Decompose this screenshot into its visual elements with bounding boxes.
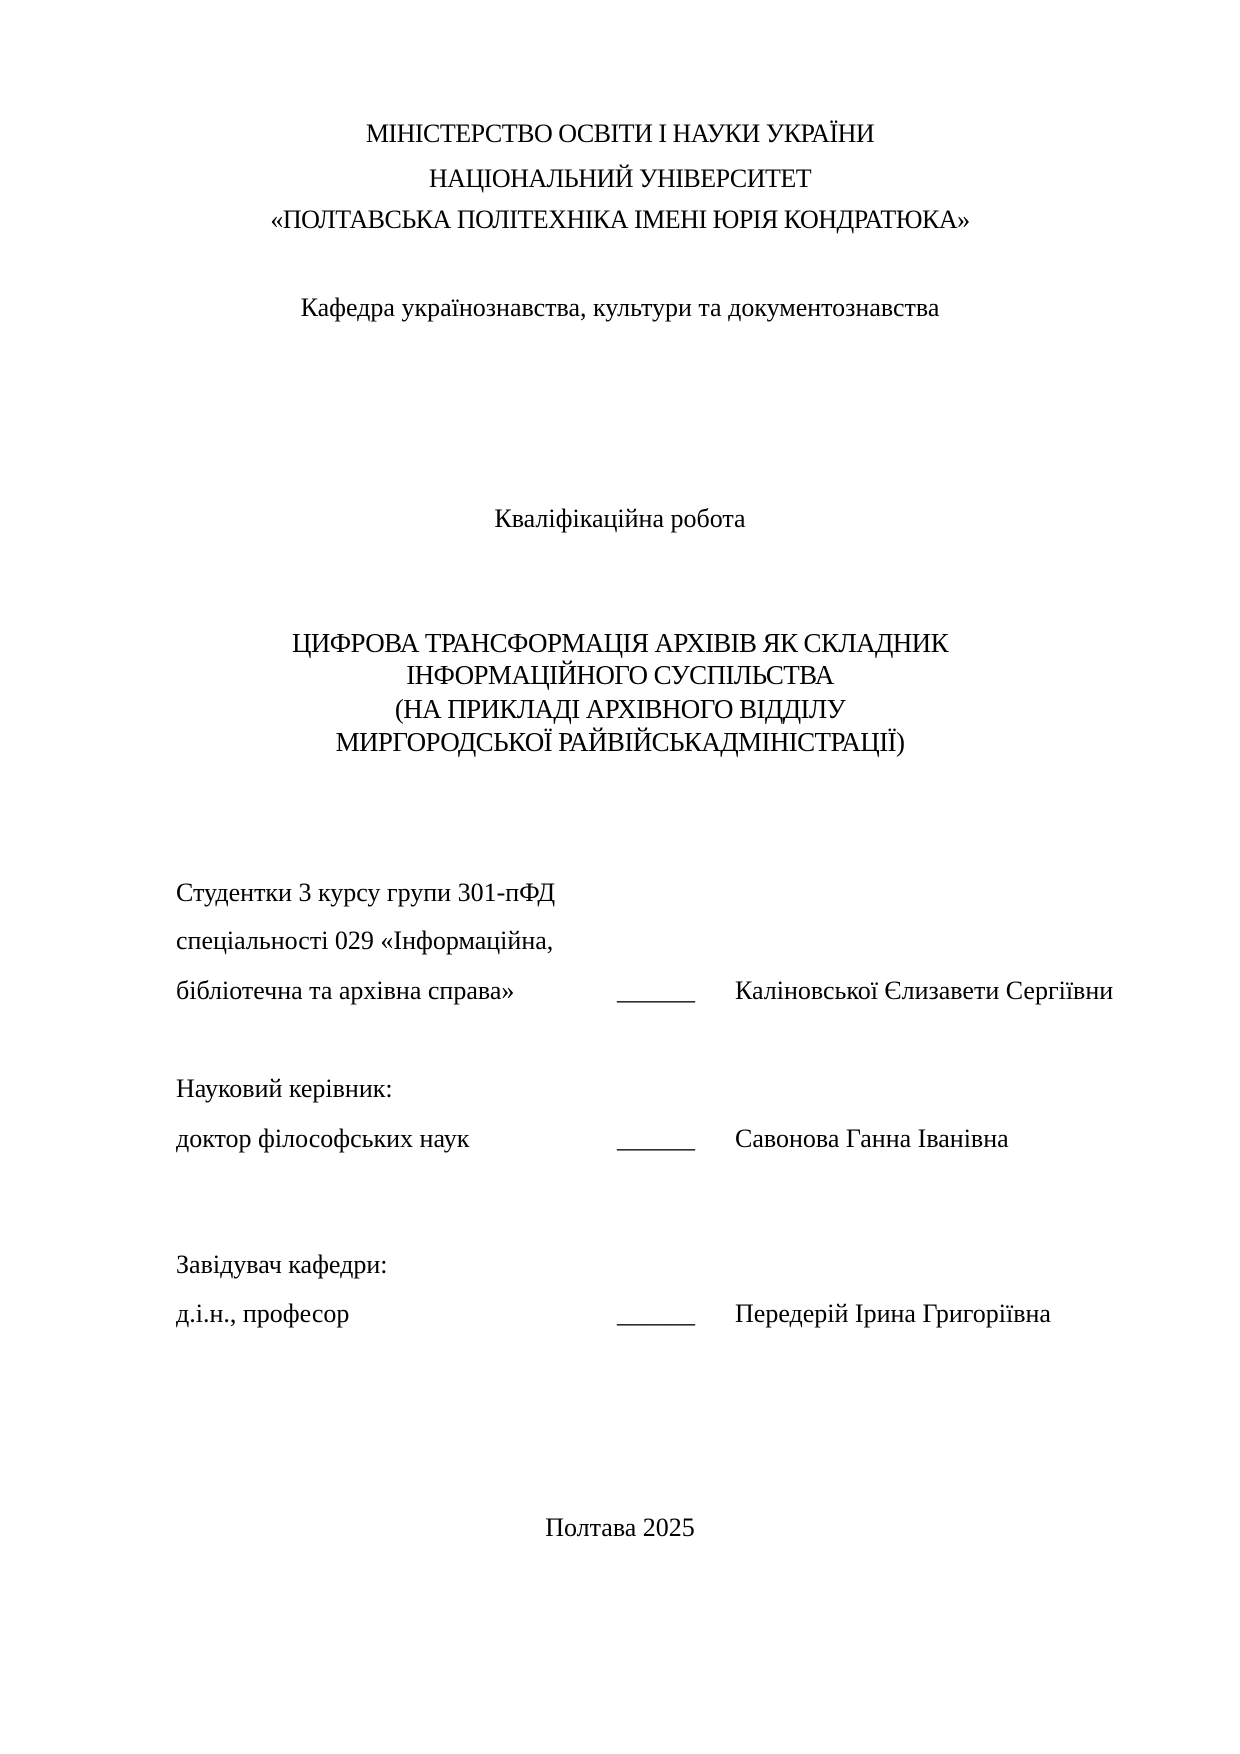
- thesis-title-line: (НА ПРИКЛАДІ АРХІВНОГО ВІДДІЛУ: [0, 696, 1240, 723]
- university-name-line-2: «ПОЛТАВСЬКА ПОЛІТЕХНІКА ІМЕНІ ЮРІЯ КОНДР…: [0, 207, 1240, 233]
- head-of-department-signature-line: ______: [617, 1301, 695, 1327]
- thesis-title-line: ЦИФРОВА ТРАНСФОРМАЦІЯ АРХІВІВ ЯК СКЛАДНИ…: [0, 630, 1240, 657]
- department-name: Кафедра українознавства, культури та док…: [0, 295, 1240, 321]
- supervisor-signature-line: ______: [617, 1126, 695, 1152]
- ministry-heading: МІНІСТЕРСТВО ОСВІТИ І НАУКИ УКРАЇНИ: [0, 121, 1240, 147]
- city-year: Полтава 2025: [0, 1515, 1240, 1541]
- head-of-department-degree: д.і.н., професор: [176, 1301, 349, 1327]
- student-signature-line: ______: [617, 978, 695, 1004]
- head-of-department-label: Завідувач кафедри:: [176, 1252, 388, 1278]
- university-name-line-1: НАЦІОНАЛЬНИЙ УНІВЕРСИТЕТ: [0, 166, 1240, 192]
- document-page: МІНІСТЕРСТВО ОСВІТИ І НАУКИ УКРАЇНИ НАЦІ…: [0, 0, 1240, 1754]
- work-type: Кваліфікаційна робота: [0, 506, 1240, 532]
- student-specialty-line-2: бібліотечна та архівна справа»: [176, 978, 514, 1004]
- supervisor-label: Науковий керівник:: [176, 1076, 393, 1102]
- student-specialty-line-1: спеціальності 029 «Інформаційна,: [176, 928, 553, 954]
- student-course-group: Студентки 3 курсу групи 301-пФД: [176, 880, 555, 906]
- thesis-title-line: ІНФОРМАЦІЙНОГО СУСПІЛЬСТВА: [0, 662, 1240, 689]
- head-of-department-name: Передерій Ірина Григоріївна: [735, 1301, 1051, 1327]
- supervisor-name: Савонова Ганна Іванівна: [735, 1126, 1009, 1152]
- supervisor-degree: доктор філософських наук: [176, 1126, 469, 1152]
- student-name: Каліновської Єлизавети Сергіївни: [735, 978, 1113, 1004]
- thesis-title-line: МИРГОРОДСЬКОЇ РАЙВІЙСЬКАДМІНІСТРАЦІЇ): [0, 729, 1240, 756]
